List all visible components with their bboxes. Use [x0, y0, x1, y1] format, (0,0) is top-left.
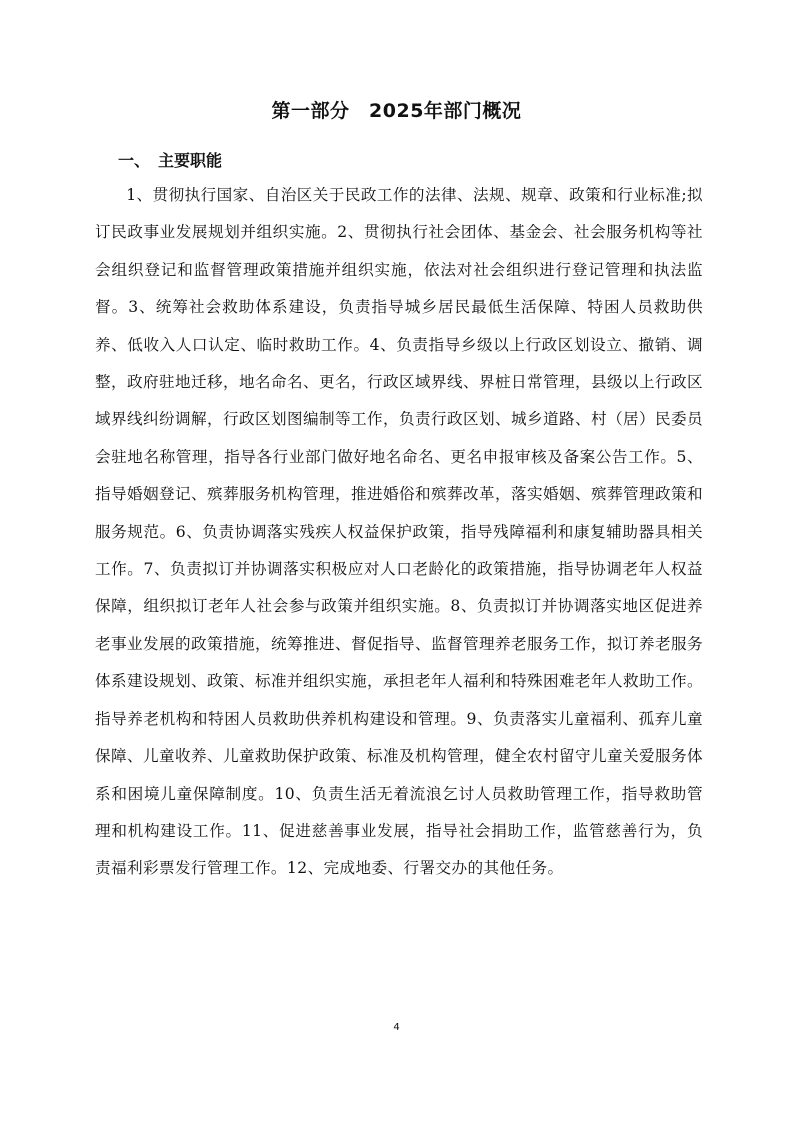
page-title: 第一部分 2025年部门概况	[0, 96, 793, 123]
body-paragraph: 1、贯彻执行国家、自治区关于民政工作的法律、法规、规章、政策和行业标准;拟订民政…	[95, 177, 703, 888]
section-heading: 一、 主要职能	[118, 148, 222, 171]
page-number: 4	[0, 1022, 793, 1033]
